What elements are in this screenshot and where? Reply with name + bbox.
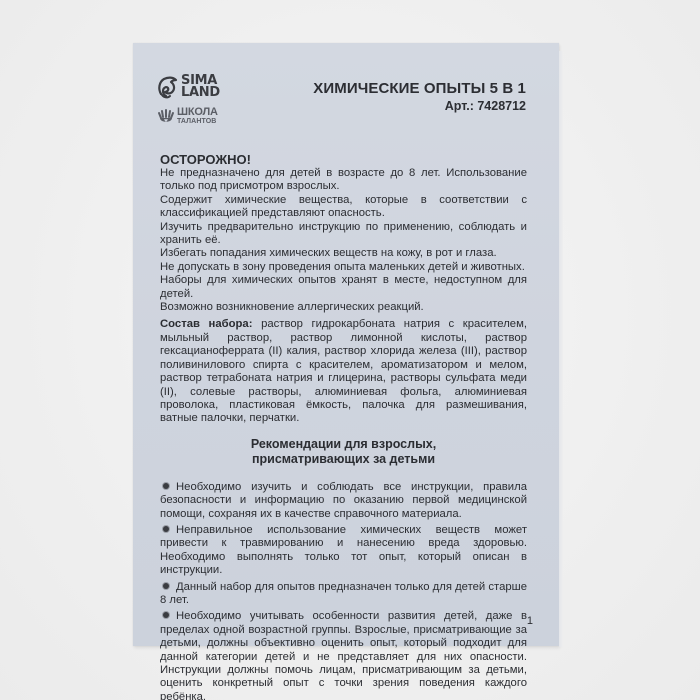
recommendation-item: Неправильное использование химических ве… [160,524,527,578]
bullet-icon [163,612,169,618]
document-body: ОСТОРОЖНО! Не предназначено для детей в … [160,153,527,700]
recommendation-item: Необходимо изучить и соблюдать все инстр… [160,481,527,521]
logo-line-2: LAND [181,87,220,99]
bullet-icon [163,526,169,532]
instruction-sheet: SIMA LAND ШКОЛА ТАЛАНТОВ ХИМИЧЕСКИЕ ОПЫТ… [133,43,559,646]
recommendation-item: Данный набор для опытов предназначен тол… [160,581,527,608]
school-logo-line-2: ТАЛАНТОВ [177,117,218,126]
warning-line: Не предназначено для детей в возрасте до… [160,167,527,194]
warning-line: Содержит химические вещества, которые в … [160,194,527,221]
warning-line: Изучить предварительно инструкцию по при… [160,221,527,248]
composition-paragraph: Состав набора: раствор гидрокарбоната на… [160,318,527,425]
page-number: 1 [527,615,533,627]
recommendations-title-line-2: присматривающих за детьми [252,452,435,466]
warning-line: Наборы для химических опытов хранят в ме… [160,274,527,301]
recommendations-title-line-1: Рекомендации для взрослых, [251,437,436,451]
recommendation-item: Необходимо учитывать особенности развити… [160,610,527,700]
sheet-edge [559,51,563,647]
bullet-icon [163,483,169,489]
warning-line: Не допускать в зону проведения опыта мал… [160,261,527,274]
recommendation-text: Необходимо изучить и соблюдать все инстр… [160,481,527,520]
recommendation-text: Необходимо учитывать особенности развити… [160,610,527,700]
composition-label: Состав набора: [160,318,252,330]
warning-line: Избегать попадания химических веществ на… [160,247,527,260]
recommendation-text: Неправильное использование химических ве… [160,524,527,576]
school-logo: ШКОЛА ТАЛАНТОВ [157,108,218,126]
recommendations-title: Рекомендации для взрослых, присматривающ… [160,437,527,467]
school-logo-line-1: ШКОЛА [177,108,218,117]
dolphin-icon [157,74,179,100]
article-number: Арт.: 7428712 [445,99,526,113]
warning-title: ОСТОРОЖНО! [160,153,527,167]
hands-heart-icon [157,109,175,125]
warning-line: Возможно возникновение аллергических реа… [160,301,527,314]
bullet-icon [163,583,169,589]
brand-logo: SIMA LAND ШКОЛА ТАЛАНТОВ [157,74,247,134]
product-title: ХИМИЧЕСКИЕ ОПЫТЫ 5 В 1 [313,80,526,97]
composition-text: раствор гидрокарбоната натрия с красител… [160,318,527,424]
sima-land-logo: SIMA LAND [157,74,220,100]
recommendation-text: Данный набор для опытов предназначен тол… [160,581,527,606]
